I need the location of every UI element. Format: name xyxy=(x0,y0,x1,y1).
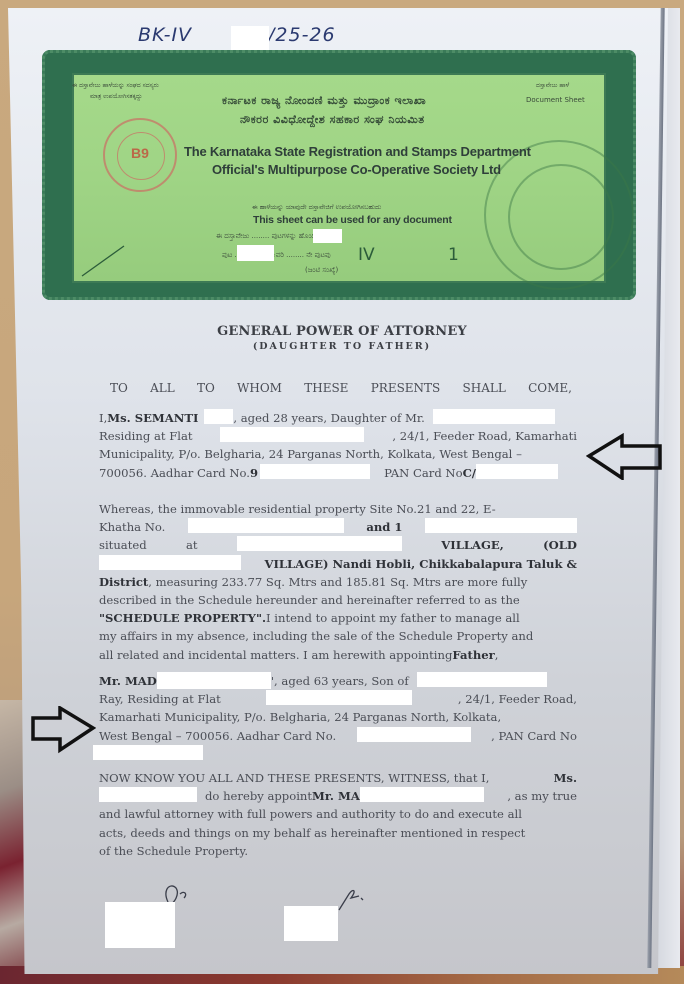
aadhar-prefix: 9 xyxy=(250,464,258,482)
pan-prefix: C/ xyxy=(463,464,476,482)
redaction-box xyxy=(237,245,274,261)
reference-year: /25-26 xyxy=(268,24,336,46)
stamp-kannada-title-1: ಕರ್ನಾಟಕ ರಾಜ್ಯ ನೋಂದಣಿ ಮತ್ತು ಮುದ್ರಾಂಕ ಇಲಾಖ… xyxy=(222,94,426,108)
text: Residing at Flat xyxy=(99,427,193,445)
text: of the Schedule Property. xyxy=(99,842,248,860)
handwritten-reference: BK-IV /25-26 xyxy=(138,24,192,46)
text: , PAN Card No xyxy=(491,727,577,745)
text: , as my true xyxy=(484,787,577,805)
text: Municipality, P/o. Belgharia, 24 Pargana… xyxy=(99,445,522,463)
signature-scribble-icon xyxy=(335,884,367,914)
redaction-box xyxy=(99,787,197,802)
text: Mr. MA xyxy=(312,787,360,805)
stamp-english-title-1: The Karnataka State Registration and Sta… xyxy=(184,144,531,159)
stamp-doc-sheet-label: Document Sheet xyxy=(526,96,585,104)
stamp-caption: (ಜಂಟಿ ಸಂಖ್ಯೆ) xyxy=(305,266,338,275)
text: I intend to appoint my father to manage … xyxy=(266,609,520,627)
text: Father xyxy=(452,646,494,664)
attorney-name: Mr. MAD xyxy=(99,672,157,690)
text: , aged 28 years, Daughter of Mr. xyxy=(233,409,424,427)
text: and 1 xyxy=(366,518,402,536)
text: Whereas, the immovable residential prope… xyxy=(99,500,496,518)
redaction-box xyxy=(260,464,370,479)
schedule-property-term: "SCHEDULE PROPERTY". xyxy=(99,609,266,627)
stamp-kannada-usage: ಈ ಹಾಳೆಯನ್ನು ಯಾವುದೇ ದಸ್ತಾವೇಜಿಗೆ ಉಪಯೋಗಿಸಬಹ… xyxy=(252,203,381,212)
handwritten-page-count: 1 xyxy=(448,245,459,265)
reference-prefix: BK-IV xyxy=(138,24,192,46)
paragraph-principal-details: I, Ms. SEMANTI , aged 28 years, Daughter… xyxy=(99,409,577,482)
text: Ray, Residing at Flat xyxy=(99,690,221,708)
stamp-kannada-note-1: ಈ ದಸ್ತಾವೇಜು ಹಾಳೆಯನ್ನು ಸಂಘದ ಸದಸ್ಯರು xyxy=(72,82,159,90)
text: , measuring 233.77 Sq. Mtrs and 185.81 S… xyxy=(148,573,527,591)
stamp-kannada-title-2: ನೌಕರರ ವಿವಿಧೋದ್ದೇಶ ಸಹಕಾರ ಸಂಘ ನಿಯಮಿತ xyxy=(240,113,425,127)
text: described in the Schedule hereunder and … xyxy=(99,591,520,609)
text: situated xyxy=(99,536,147,554)
text: do hereby appoint xyxy=(205,787,312,805)
text: at xyxy=(186,536,198,554)
opening-word: SHALL xyxy=(463,381,506,395)
text: Khatha No. xyxy=(99,518,165,536)
text: acts, deeds and things on my behalf as h… xyxy=(99,824,525,842)
redaction-box xyxy=(476,464,558,479)
paragraph-attorney-details: Mr. MAD ', aged 63 years, Son of Ray, Re… xyxy=(99,672,577,760)
redaction-box xyxy=(425,518,577,533)
document-title: GENERAL POWER OF ATTORNEY xyxy=(0,324,684,339)
stamp-kannada-note-2: ಮಾತ್ರ ಉಪಯೋಗಿಸತಕ್ಕದ್ದು xyxy=(90,93,142,101)
redaction-box xyxy=(231,26,269,52)
text: (OLD xyxy=(543,536,577,554)
redaction-box xyxy=(204,409,233,424)
text: West Bengal – 700056. Aadhar Card No. xyxy=(99,727,336,745)
redaction-box xyxy=(417,672,547,687)
text: 700056. Aadhar Card No. xyxy=(99,464,250,482)
paragraph-appointment: NOW KNOW YOU ALL AND THESE PRESENTS, WIT… xyxy=(99,769,577,860)
redaction-box xyxy=(357,727,471,742)
opening-word: PRESENTS xyxy=(371,381,441,395)
redaction-box xyxy=(99,555,241,570)
redaction-box xyxy=(433,409,555,424)
text: District xyxy=(99,573,148,591)
text: VILLAGE) Nandi Hobli, Chikkabalapura Tal… xyxy=(264,555,577,573)
redaction-box xyxy=(266,690,412,705)
text: NOW KNOW YOU ALL AND THESE PRESENTS, WIT… xyxy=(99,769,489,787)
redaction-box xyxy=(220,427,364,442)
stamp-english-title-2: Official's Multipurpose Co-Operative Soc… xyxy=(212,162,501,177)
registration-seal xyxy=(484,140,634,290)
opening-word: THESE xyxy=(304,381,348,395)
stamp-usage-note: This sheet can be used for any document xyxy=(253,214,452,226)
text: Kamarhati Municipality, P/o. Belgharia, … xyxy=(99,708,501,726)
redaction-box xyxy=(188,518,344,533)
text: , 24/1, Feeder Road, Kamarhati xyxy=(392,427,577,445)
text: , xyxy=(495,646,499,664)
opening-word: COME, xyxy=(528,381,572,395)
text: all related and incidental matters. I am… xyxy=(99,646,452,664)
text: PAN Card No xyxy=(384,464,463,482)
handwritten-roman-numeral: IV xyxy=(358,245,375,265)
text: my affairs in my absence, including the … xyxy=(99,627,533,645)
text: Ms. xyxy=(554,769,577,787)
seal-code: B9 xyxy=(105,145,175,161)
society-seal: B9 xyxy=(103,118,177,192)
text: VILLAGE, xyxy=(441,536,504,554)
opening-word: WHOM xyxy=(237,381,282,395)
stamp-kannada-doc-sheet: ದಸ್ತಾವೇಜು ಹಾಳೆ xyxy=(536,82,569,90)
text: I, xyxy=(99,409,107,427)
text: , 24/1, Feeder Road, xyxy=(458,690,577,708)
redaction-box xyxy=(157,672,271,689)
signature-redaction xyxy=(105,902,175,948)
redaction-box xyxy=(313,229,342,243)
opening-word: TO xyxy=(110,381,128,395)
opening-word: TO xyxy=(197,381,215,395)
redaction-box xyxy=(237,536,402,551)
opening-word: ALL xyxy=(150,381,175,395)
document-subtitle: (DAUGHTER TO FATHER) xyxy=(0,341,684,352)
arrow-right-icon xyxy=(30,706,96,754)
principal-name: Ms. SEMANTI xyxy=(107,409,198,427)
text: ', aged 63 years, Son of xyxy=(271,672,409,690)
opening-line: TO ALL TO WHOM THESE PRESENTS SHALL COME… xyxy=(110,381,572,395)
redaction-box xyxy=(360,787,484,802)
signature-redaction xyxy=(284,906,338,941)
paragraph-property-details: Whereas, the immovable residential prope… xyxy=(99,500,577,664)
text: and lawful attorney with full powers and… xyxy=(99,805,522,823)
pen-stroke-icon xyxy=(80,240,130,280)
arrow-left-icon xyxy=(586,432,664,480)
redaction-box xyxy=(93,745,203,760)
